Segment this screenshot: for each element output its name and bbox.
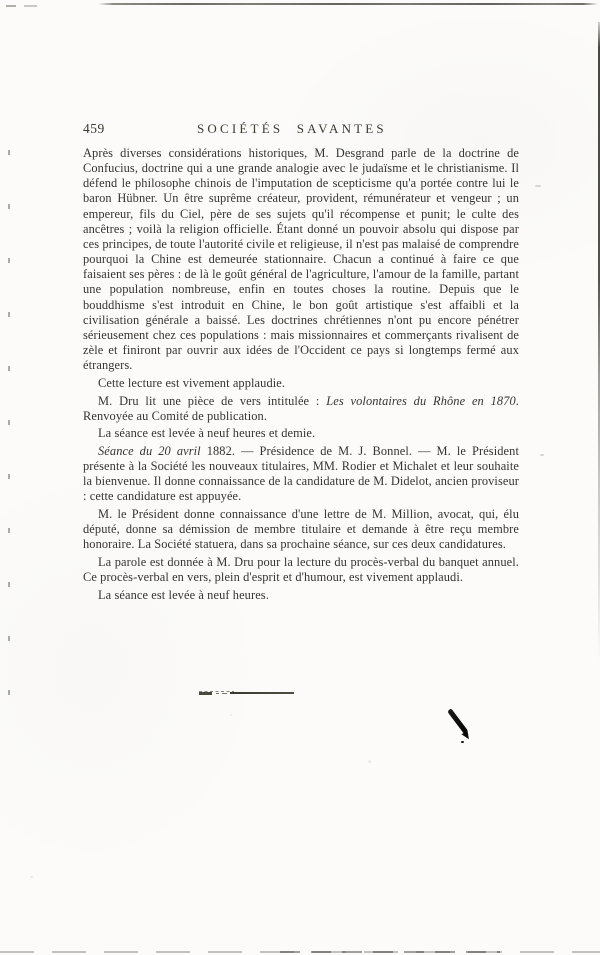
ink-mark-dot	[461, 741, 464, 743]
scan-edge-top-dash	[24, 5, 37, 7]
separator-rule	[199, 691, 329, 696]
scan-edge-top-line	[98, 3, 598, 5]
seance-date-italic: Séance du 20 avril	[98, 444, 201, 458]
page-number: 459	[83, 121, 105, 137]
separator-dot	[222, 693, 227, 695]
paragraph-seance-20-avril: Séance du 20 avril 1882. — Présidence de…	[83, 444, 519, 505]
work-title-italic: Les volontaires du Rhône en 1870	[326, 394, 516, 408]
paragraph-proces-verbal: La parole est donnée à M. Dru pour la le…	[83, 555, 519, 585]
paragraph-seance-levee-demie: La séance est levée à neuf heures et dem…	[83, 426, 519, 441]
paragraph-text: M. Dru lit une pièce de vers intitulée :	[98, 394, 326, 408]
scan-speck	[30, 876, 33, 878]
paragraph-lettre-million: M. le Président donne connaissance d'une…	[83, 507, 519, 552]
separator-line	[230, 692, 294, 694]
ink-mark	[441, 704, 475, 746]
scan-speck	[540, 454, 544, 456]
paragraph-text: M. le Président donne connaissance d'une…	[83, 507, 519, 551]
scan-speck	[230, 714, 232, 716]
paragraph-text: La séance est levée à neuf heures.	[98, 588, 269, 602]
scan-speck	[368, 760, 371, 763]
paragraph-text: La parole est donnée à M. Dru pour la le…	[83, 555, 519, 584]
paragraph-seance-levee: La séance est levée à neuf heures.	[83, 588, 519, 603]
paragraph-text: Cette lecture est vivement applaudie.	[98, 376, 285, 390]
scan-edge-top-dash	[6, 5, 16, 7]
paragraph-confucius: Après diverses considérations historique…	[83, 146, 519, 373]
running-header-title: SOCIÉTÉS SAVANTES	[197, 121, 387, 137]
text-block: Après diverses considérations historique…	[83, 146, 519, 603]
separator-dash	[199, 692, 212, 695]
scan-speck	[535, 185, 541, 187]
paragraph-text: La séance est levée à neuf heures et dem…	[98, 426, 315, 440]
ink-mark-tip	[461, 731, 471, 741]
scanned-book-page: 459 SOCIÉTÉS SAVANTES Après diverses con…	[0, 0, 600, 955]
scan-edge-bottom-dark	[280, 951, 500, 954]
ink-mark-stroke	[447, 708, 468, 733]
paragraph-text: Après diverses considérations historique…	[83, 146, 519, 372]
separator-dot	[216, 693, 219, 695]
paragraph-dru-vers: M. Dru lit une pièce de vers intitulée :…	[83, 394, 519, 424]
paragraph-lecture-applaudie: Cette lecture est vivement applaudie.	[83, 376, 519, 391]
scan-edge-left	[8, 150, 10, 695]
